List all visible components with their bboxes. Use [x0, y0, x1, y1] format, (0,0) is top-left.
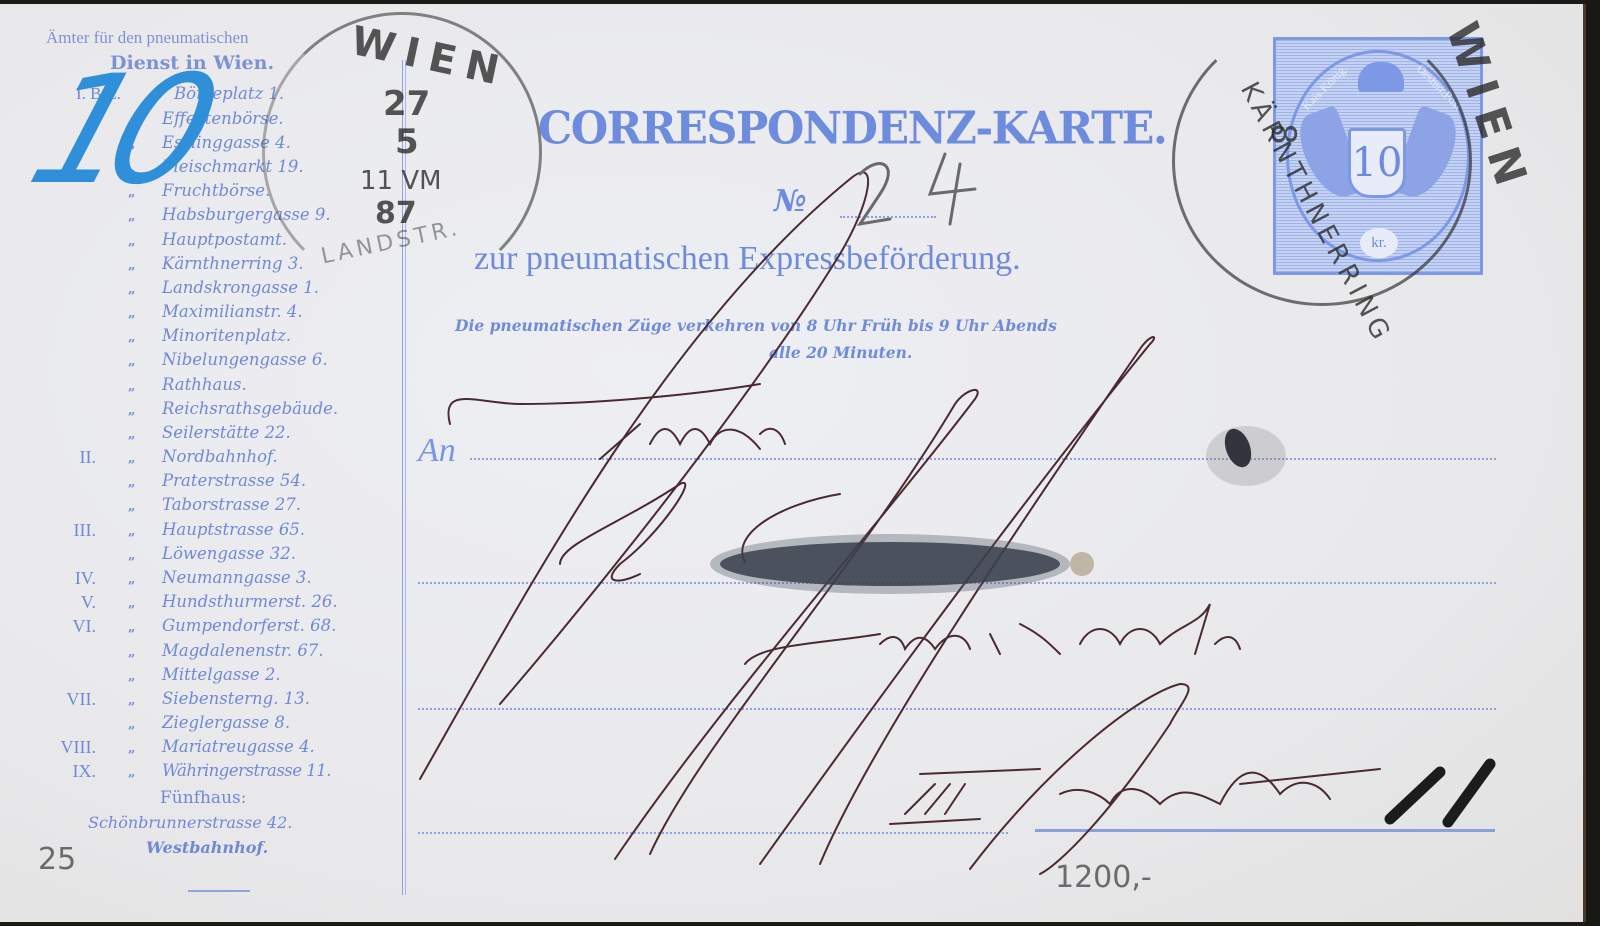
- ink-smear: [710, 425, 1286, 594]
- pencil-price: 1200,-: [1055, 860, 1152, 895]
- pencil-note-bottom-left: 25: [38, 842, 76, 877]
- handwriting-strokes: [0, 4, 1586, 922]
- postcard: Ämter für den pneumatischen Dienst in Wi…: [0, 4, 1586, 922]
- scan-background-edge: [1586, 0, 1600, 926]
